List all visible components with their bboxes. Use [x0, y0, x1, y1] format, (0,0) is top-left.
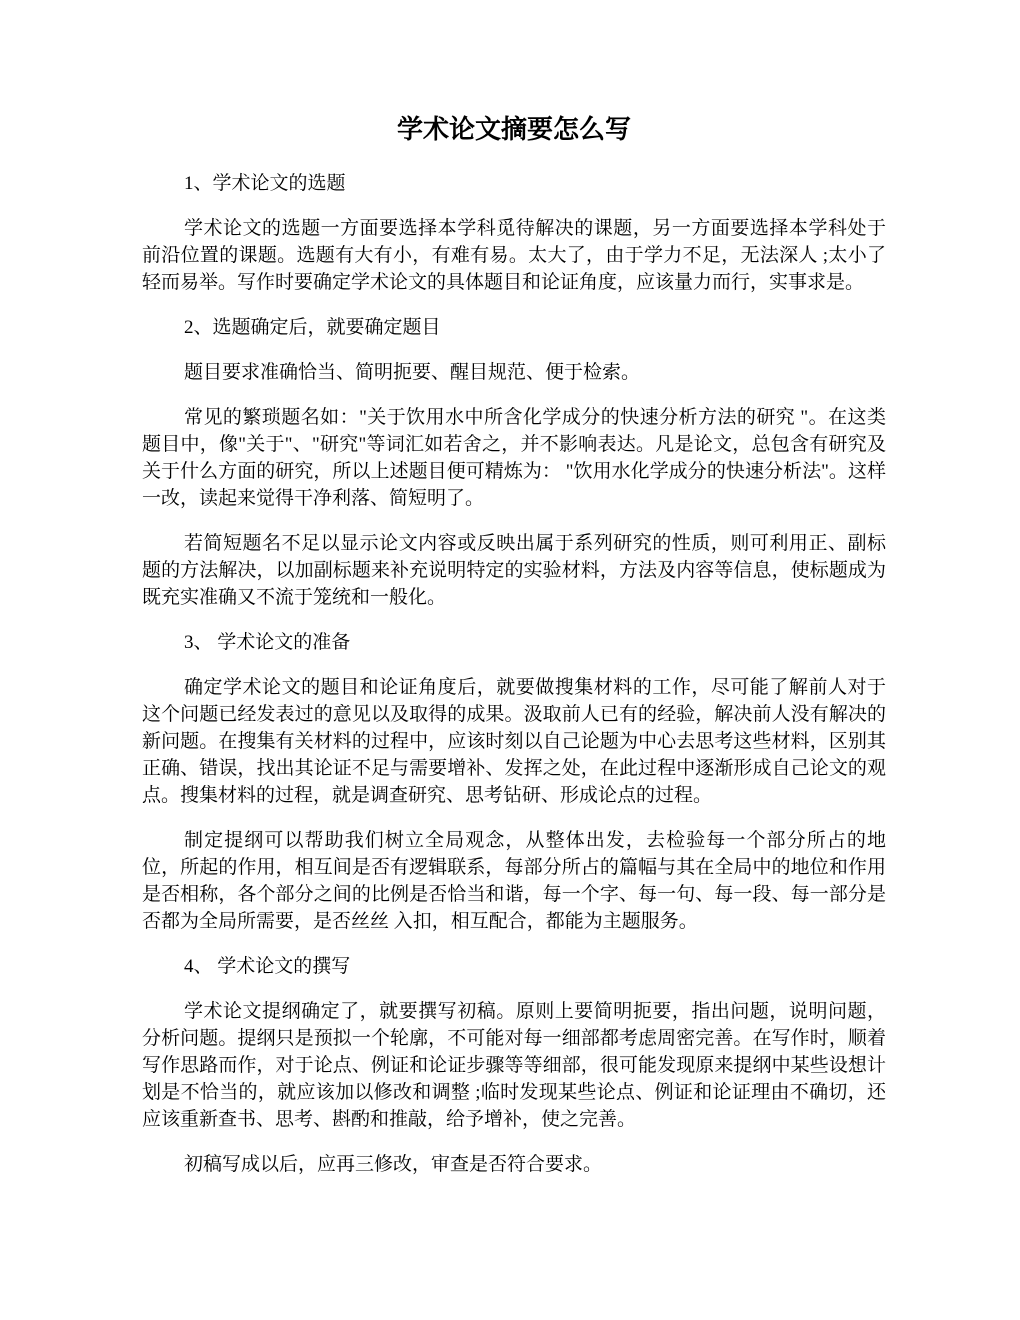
section-heading: 1、学术论文的选题 [142, 170, 886, 197]
paragraph: 学术论文的选题一方面要选择本学科觅待解决的课题，另一方面要选择本学科处于前沿位置… [142, 215, 886, 296]
section-heading: 3、 学术论文的准备 [142, 629, 886, 656]
paragraph: 题目要求准确恰当、简明扼要、醒目规范、便于检索。 [142, 359, 886, 386]
paragraph: 初稿写成以后，应再三修改，审查是否符合要求。 [142, 1151, 886, 1178]
document-page: 学术论文摘要怎么写 1、学术论文的选题 学术论文的选题一方面要选择本学科觅待解决… [142, 112, 886, 1196]
paragraph: 制定提纲可以帮助我们树立全局观念，从整体出发，去检验每一个部分所占的地位，所起的… [142, 827, 886, 935]
section-heading: 4、 学术论文的撰写 [142, 953, 886, 980]
paragraph: 学术论文提纲确定了，就要撰写初稿。原则上要简明扼要，指出问题，说明问题，分析问题… [142, 998, 886, 1133]
document-title: 学术论文摘要怎么写 [142, 112, 886, 148]
paragraph: 常见的繁琐题名如："关于饮用水中所含化学成分的快速分析方法的研究 "。在这类题目… [142, 404, 886, 512]
paragraph: 确定学术论文的题目和论证角度后，就要做搜集材料的工作，尽可能了解前人对于这个问题… [142, 674, 886, 809]
section-heading: 2、选题确定后，就要确定题目 [142, 314, 886, 341]
paragraph: 若简短题名不足以显示论文内容或反映出属于系列研究的性质，则可利用正、副标题的方法… [142, 530, 886, 611]
